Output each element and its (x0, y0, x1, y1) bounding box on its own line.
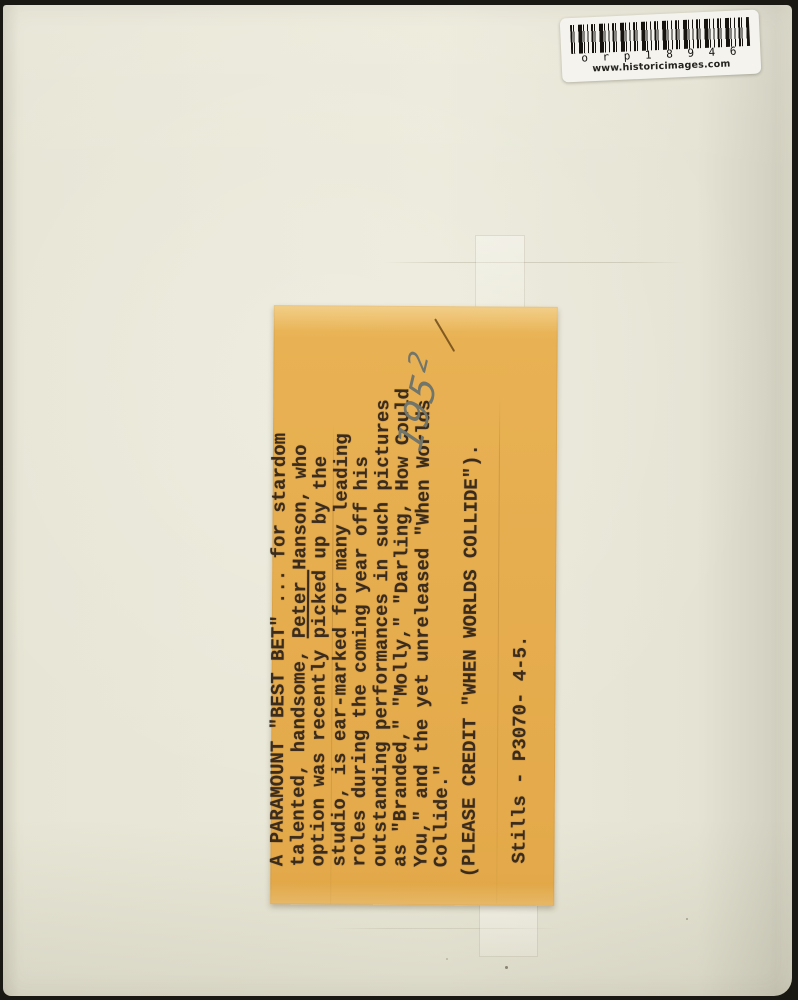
paper-speck (686, 918, 688, 920)
caption-text: up by the (309, 456, 332, 570)
stills-number: Stills - P3070- 4-5. (509, 316, 533, 896)
barcode-sticker: o r p 1 8 9 4 6 www.historicimages.com (560, 10, 762, 83)
paper-speck (505, 966, 508, 969)
paper-speck (446, 958, 448, 960)
credit-line: (PLEASE CREDIT "WHEN WORLDS COLLIDE"). (459, 315, 483, 895)
tape-mark-bottom (480, 902, 537, 956)
caption-slip: A PARAMOUNT "BEST BET" ... for stardom t… (270, 305, 558, 906)
scan-background: o r p 1 8 9 4 6 www.historicimages.com A… (0, 0, 798, 1000)
tape-mark-top (476, 236, 524, 314)
typed-caption-block: A PARAMOUNT "BEST BET" ... for stardom t… (267, 314, 561, 896)
overstruck-word: picked (309, 570, 331, 639)
caption-text: option was recently (307, 638, 330, 866)
